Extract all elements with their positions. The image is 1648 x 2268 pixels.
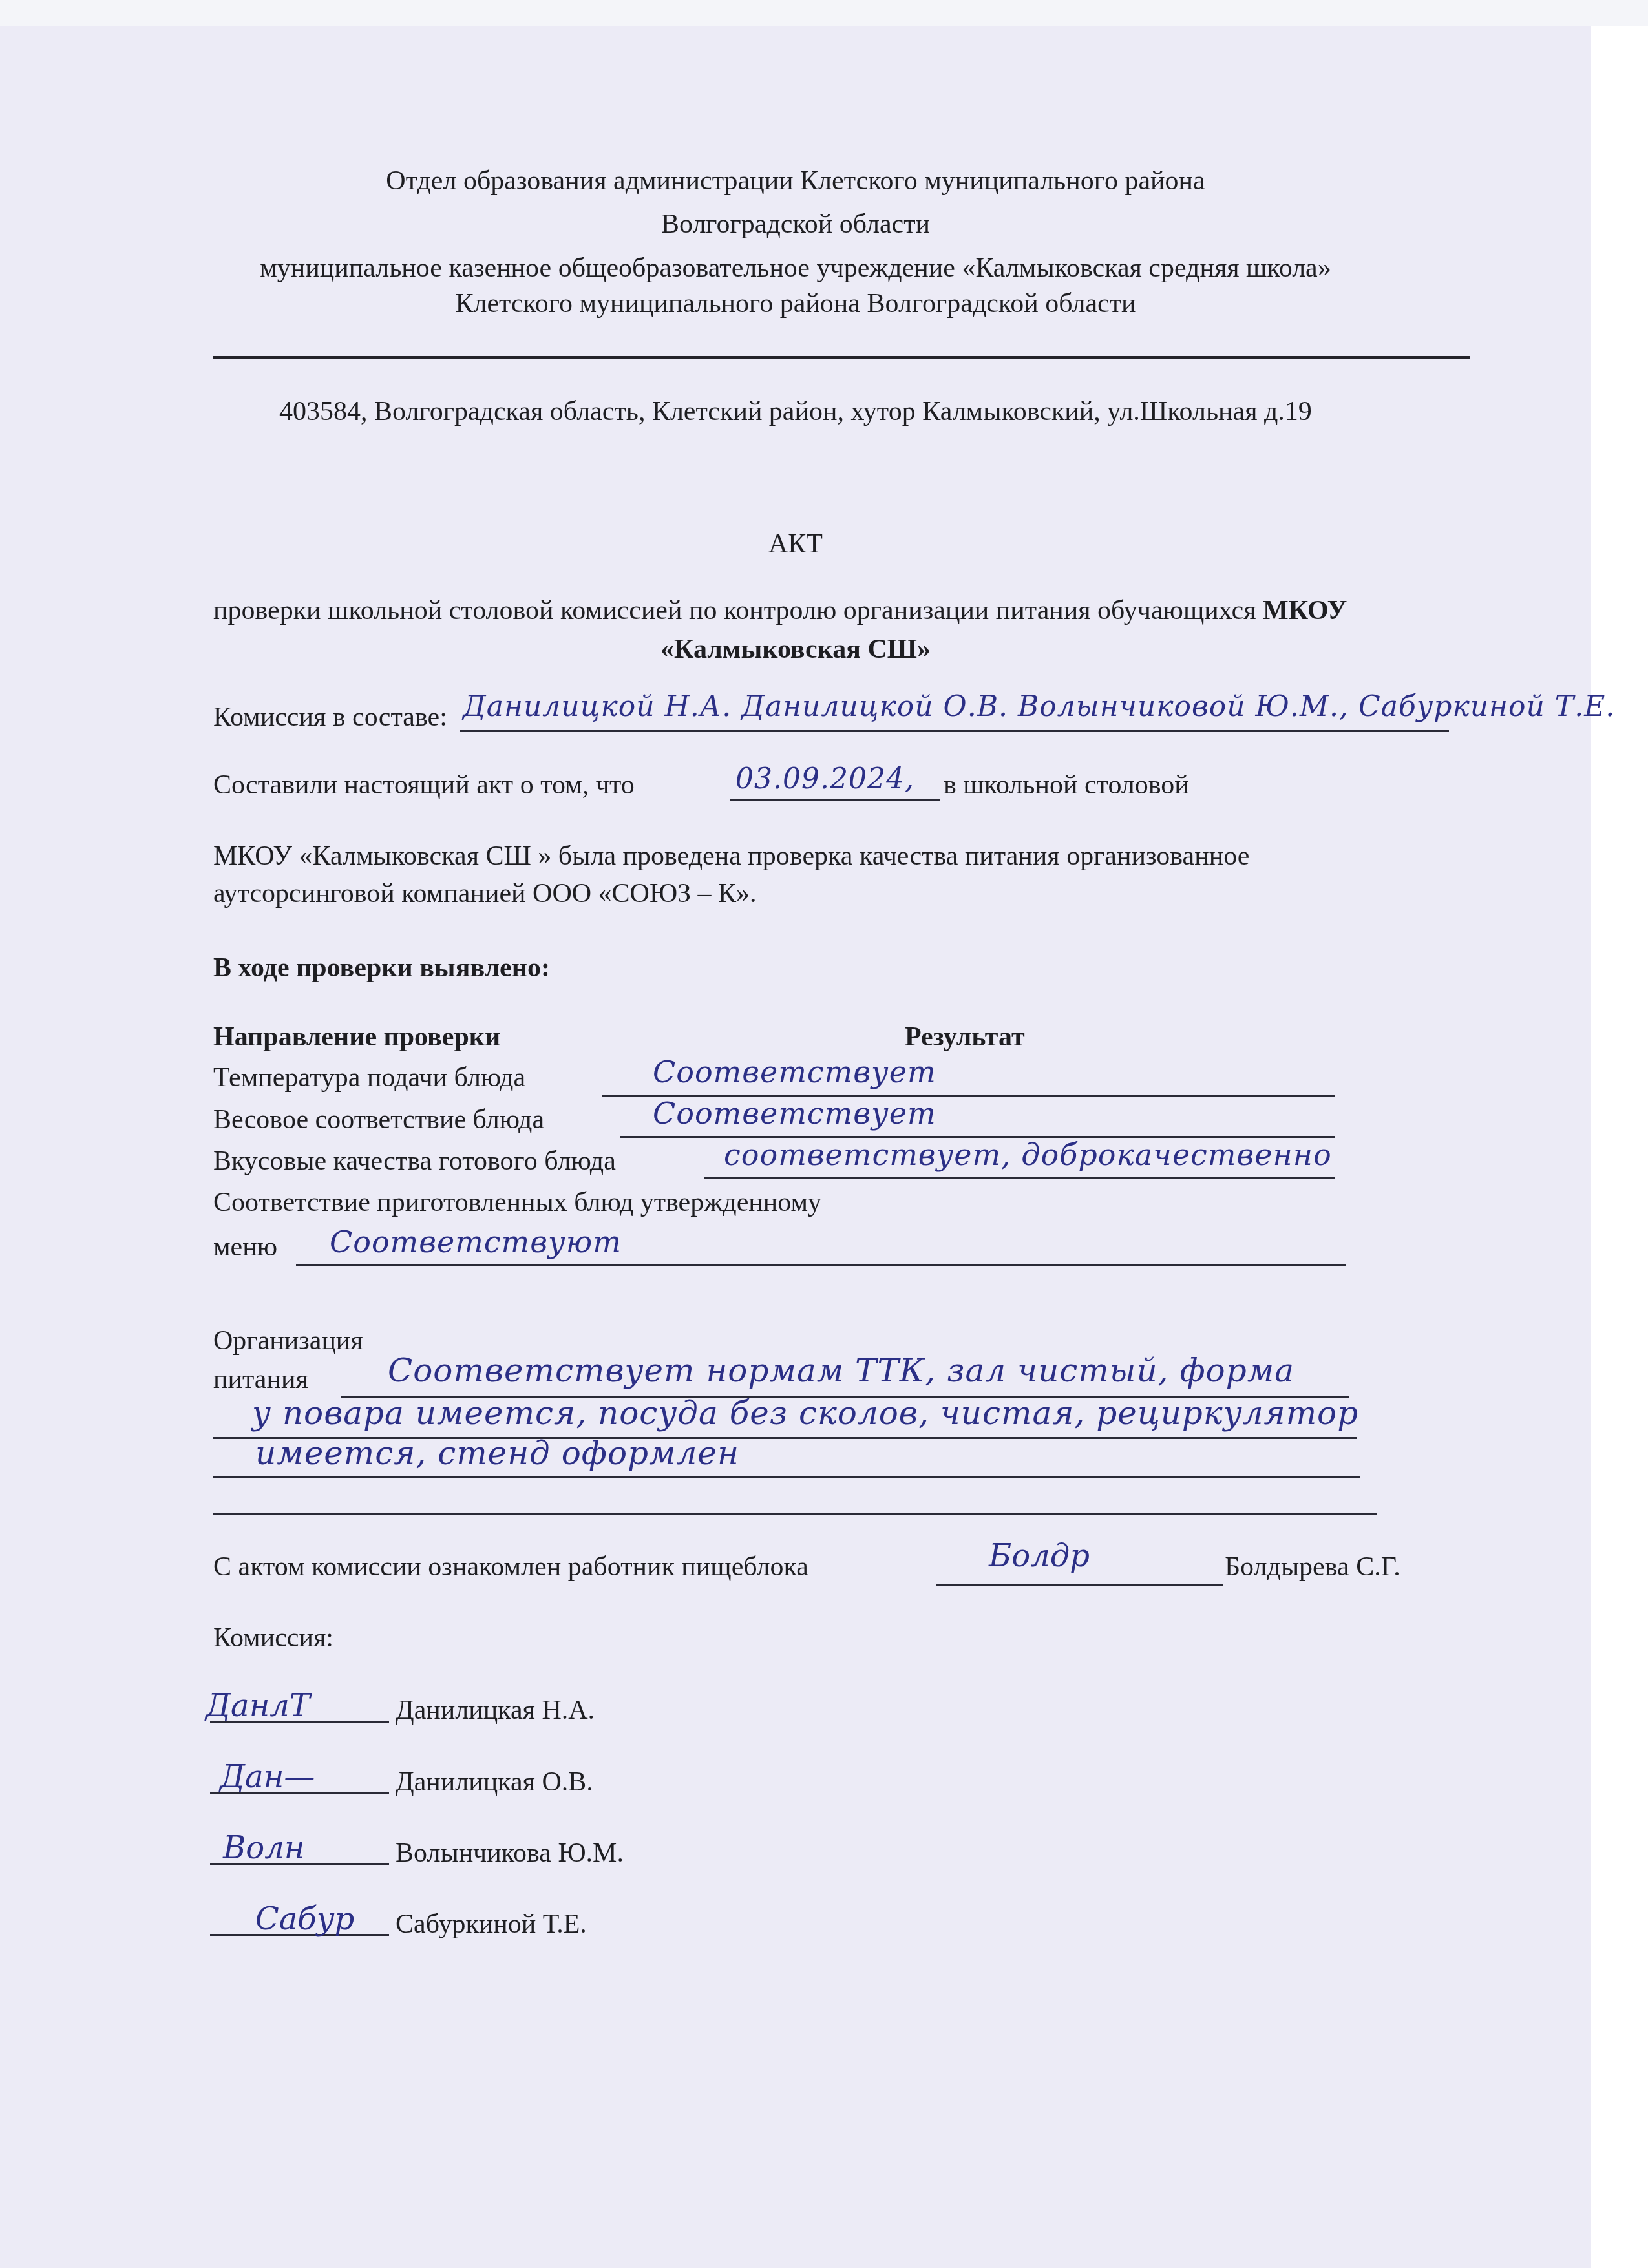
acknowledgement-underline: [936, 1584, 1223, 1586]
acknowledgement-signature: Болдр: [989, 1538, 1090, 1574]
compiled-label: Составили настоящий акт о том, что: [213, 769, 635, 801]
member-signature-4: Сабур: [255, 1901, 354, 1937]
member-signature-1: ДанлТ: [206, 1688, 310, 1724]
date-underline: [730, 799, 940, 801]
acknowledgement-name: Болдырева С.Г.: [1225, 1551, 1400, 1583]
header-district: Клетского муниципального района Волгогра…: [0, 288, 1591, 320]
header-divider: [213, 356, 1470, 359]
finding-value-temperature: Соответствует: [653, 1055, 936, 1089]
organization-underline-3: [213, 1476, 1360, 1478]
finding-label-menu-2: меню: [213, 1231, 277, 1263]
member-name-1: Данилицкая Н.А.: [396, 1694, 595, 1727]
member-name-3: Волынчикова Ю.М.: [396, 1837, 624, 1869]
finding-label-weight: Весовое соответствие блюда: [213, 1104, 544, 1136]
date-handwritten: 03.09.2024,: [735, 762, 914, 795]
col-result-header: Результат: [905, 1021, 1025, 1053]
scan-top-edge: [0, 0, 1648, 26]
finding-underline-menu: [296, 1264, 1346, 1266]
commission-underline: [460, 730, 1449, 732]
organization-value-line-3: имеется, стенд оформлен: [255, 1434, 739, 1472]
organization-label-2: питания: [213, 1363, 308, 1396]
act-subtitle-text: проверки школьной столовой комиссией по …: [213, 596, 1263, 625]
header-school: муниципальное казенное общеобразовательн…: [0, 252, 1591, 284]
act-subtitle-org: МКОУ: [1263, 596, 1347, 625]
body-line-1: МКОУ «Калмыковская СШ » была проведена п…: [213, 840, 1249, 872]
header-address: 403584, Волгоградская область, Клетский …: [0, 395, 1591, 428]
organization-value-line-1: Соответствует нормам ТТК, зал чистый, фо…: [388, 1352, 1294, 1389]
finding-value-weight: Соответствует: [653, 1096, 936, 1131]
organization-value-line-2: у повара имеется, посуда без сколов, чис…: [252, 1394, 1358, 1432]
compiled-location: в школьной столовой: [944, 769, 1189, 801]
member-signature-2: Дан—: [220, 1759, 315, 1795]
finding-underline-taste: [704, 1177, 1335, 1179]
commission-label: Комиссия в составе:: [213, 701, 447, 733]
acknowledgement-label: С актом комиссии ознакомлен работник пищ…: [213, 1551, 808, 1583]
organization-label-1: Организация: [213, 1325, 363, 1357]
act-subtitle: проверки школьной столовой комиссией по …: [213, 594, 1347, 627]
finding-label-taste: Вкусовые качества готового блюда: [213, 1145, 616, 1177]
act-title: АКТ: [0, 528, 1591, 560]
signatures-heading: Комиссия:: [213, 1622, 333, 1654]
finding-value-taste: соответствует, доброкачественно: [724, 1137, 1332, 1172]
body-line-2: аутсорсинговой компанией ООО «СОЮЗ – К».: [213, 877, 757, 910]
organization-underline-4: [213, 1513, 1377, 1515]
member-name-4: Сабуркиной Т.Е.: [396, 1908, 587, 1940]
act-subtitle-school: «Калмыковская СШ»: [0, 633, 1591, 666]
member-name-2: Данилицкая О.В.: [396, 1766, 593, 1798]
col-direction-header: Направление проверки: [213, 1021, 500, 1053]
member-signature-3: Волн: [223, 1830, 304, 1866]
commission-members-handwritten: Данилицкой Н.А. Данилицкой О.В. Волынчик…: [463, 690, 1615, 723]
finding-label-temperature: Температура подачи блюда: [213, 1062, 525, 1094]
header-department: Отдел образования администрации Клетског…: [0, 165, 1591, 197]
header-region: Волгоградской области: [0, 208, 1591, 240]
findings-heading: В ходе проверки выявлено:: [213, 952, 550, 984]
finding-value-menu: Соответствуют: [330, 1224, 622, 1259]
finding-label-menu: Соответствие приготовленных блюд утвержд…: [213, 1186, 821, 1219]
